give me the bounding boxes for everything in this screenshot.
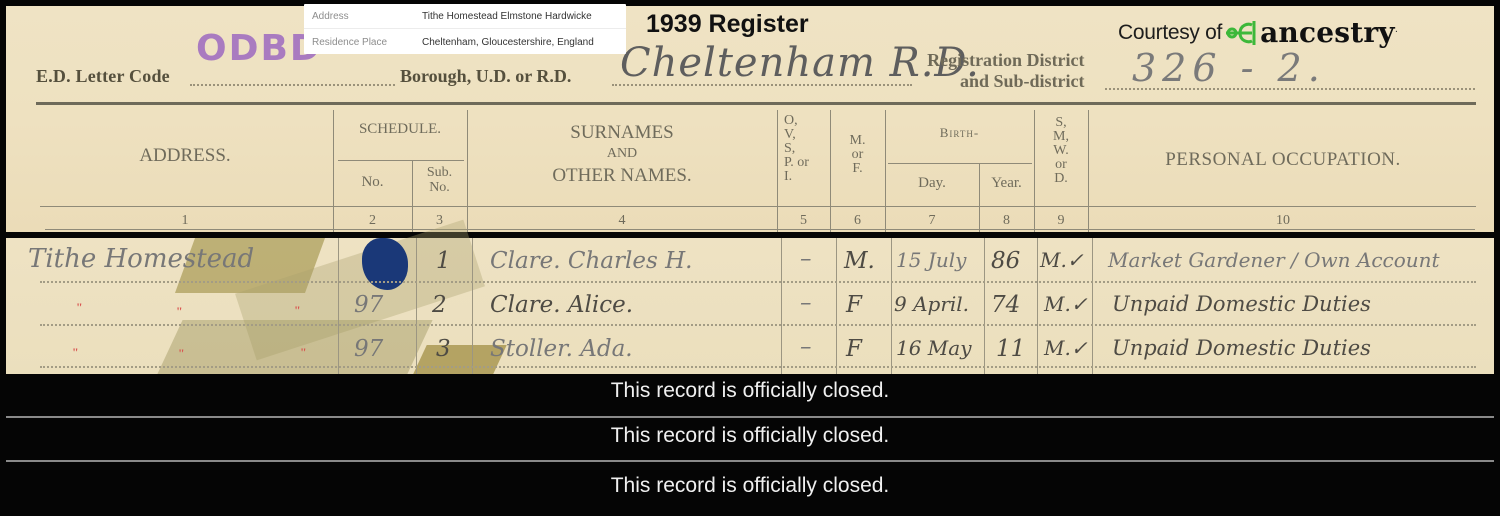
row-dotted-line <box>40 324 1476 326</box>
closed-record-notice: This record is officially closed. <box>0 424 1500 448</box>
info-value: Cheltenham, Gloucestershire, England <box>422 37 594 48</box>
col-header-birth: Birth- <box>885 126 1034 140</box>
info-row-residence: Residence Place Cheltenham, Gloucestersh… <box>304 30 626 54</box>
sub-no-line2: No. <box>412 181 467 196</box>
sex-line3: F. <box>830 162 885 176</box>
row-divider <box>888 163 1032 164</box>
info-row-address: Address Tithe Homestead Elmstone Hardwic… <box>304 5 626 29</box>
marital-line4: or <box>1034 158 1088 172</box>
col-number: 10 <box>1088 213 1478 229</box>
record-birth-year: 11 <box>996 336 1025 362</box>
surnames-line1: SURNAMES <box>467 120 777 145</box>
col-header-marital: S, M, W. or D. <box>1034 116 1088 186</box>
ed-letter-code-stamp: ODBD <box>196 28 322 69</box>
col-divider <box>416 238 417 374</box>
record-info-panel: Address Tithe Homestead Elmstone Hardwic… <box>304 4 626 54</box>
ovspi-line4: P. or <box>784 156 830 170</box>
record-occupation: Unpaid Domestic Duties <box>1112 336 1371 360</box>
col-divider <box>984 238 985 374</box>
row-dotted-line <box>40 366 1476 368</box>
ditto-mark: " <box>300 345 307 360</box>
record-birth-day: 9 April. <box>894 292 969 316</box>
info-key: Residence Place <box>304 37 422 48</box>
record-sub-no: 3 <box>436 336 451 362</box>
record-schedule-no: 97 <box>354 292 383 318</box>
sex-line1: M. <box>830 134 885 148</box>
record-name: Clare. Charles H. <box>490 248 692 274</box>
ed-letter-code-dotted-line <box>190 84 395 86</box>
registration-label-line2: and Sub-district <box>918 71 1085 92</box>
record-sex: M. <box>844 248 875 274</box>
col-number: 8 <box>979 213 1034 229</box>
record-birth-year: 86 <box>991 248 1020 274</box>
marital-line3: W. <box>1034 144 1088 158</box>
record-schedule-no: 97 <box>354 336 383 362</box>
col-divider <box>891 238 892 374</box>
col-header-address: ADDRESS. <box>40 146 330 166</box>
col-header-sex: M. or F. <box>830 134 885 176</box>
col-header-sub-no: Sub. No. <box>412 166 467 195</box>
record-birth-day: 16 May <box>896 336 972 360</box>
record-ovspi: – <box>800 290 812 316</box>
record-sub-no: 2 <box>432 292 447 318</box>
surnames-line3: OTHER NAMES. <box>467 163 777 188</box>
ditto-mark: " <box>76 300 83 315</box>
ancestry-credit: Courtesy of ancestry· <box>1118 16 1398 49</box>
record-ovspi: – <box>800 246 812 272</box>
record-sub-no: 1 <box>436 248 451 274</box>
record-sex: F <box>846 292 862 318</box>
marital-line1: S, <box>1034 116 1088 130</box>
col-number: 4 <box>467 213 777 229</box>
ancestry-logo-text: ancestry <box>1260 16 1395 49</box>
ed-letter-code-label: E.D. Letter Code <box>36 66 170 87</box>
sex-line2: or <box>830 148 885 162</box>
record-name: Stoller. Ada. <box>490 336 633 362</box>
col-number: 7 <box>885 213 979 229</box>
col-divider <box>1092 238 1093 374</box>
ditto-mark: " <box>72 345 79 360</box>
col-divider <box>781 238 782 374</box>
col-header-schedule-no: No. <box>333 175 412 191</box>
page-title: 1939 Register <box>646 10 809 39</box>
row-divider <box>45 229 1475 230</box>
borough-label: Borough, U.D. or R.D. <box>400 66 571 87</box>
ovspi-line3: S, <box>784 142 830 156</box>
trademark-mark: · <box>1395 27 1398 38</box>
record-sex: F <box>846 336 862 362</box>
surnames-line2: AND <box>467 145 777 163</box>
marital-line5: D. <box>1034 172 1088 186</box>
record-name: Clare. Alice. <box>490 292 633 318</box>
col-number: 6 <box>830 213 885 229</box>
record-occupation: Market Gardener / Own Account <box>1108 248 1440 272</box>
col-number: 5 <box>777 213 830 229</box>
closed-record-notice: This record is officially closed. <box>0 379 1500 403</box>
row-divider <box>338 160 464 161</box>
ditto-mark: " <box>176 304 183 319</box>
col-header-ovspi: O, V, S, P. or I. <box>784 114 830 184</box>
col-header-occupation: PERSONAL OCCUPATION. <box>1088 150 1478 170</box>
ancestry-leaf-icon <box>1224 19 1258 47</box>
col-header-schedule: SCHEDULE. <box>333 122 467 138</box>
sub-no-line1: Sub. <box>412 166 467 181</box>
col-header-birth-year: Year. <box>979 176 1034 192</box>
info-value: Tithe Homestead Elmstone Hardwicke <box>422 11 592 22</box>
marital-line2: M, <box>1034 130 1088 144</box>
ditto-mark: " <box>178 346 185 361</box>
col-divider <box>472 238 473 374</box>
info-key: Address <box>304 11 422 22</box>
closed-record-notice: This record is officially closed. <box>0 474 1500 498</box>
col-header-surnames: SURNAMES AND OTHER NAMES. <box>467 120 777 188</box>
record-occupation: Unpaid Domestic Duties <box>1112 292 1371 316</box>
closed-record-separator <box>6 416 1494 418</box>
ovspi-line2: V, <box>784 128 830 142</box>
record-birth-year: 74 <box>991 292 1020 318</box>
registration-label-line1: Registration District <box>918 50 1085 71</box>
row-dotted-line <box>40 281 1476 283</box>
header-rule <box>36 102 1476 105</box>
ovspi-line1: O, <box>784 114 830 128</box>
row-divider <box>40 206 1476 207</box>
courtesy-text: Courtesy of <box>1118 21 1222 45</box>
record-marital: M.✓ <box>1044 336 1088 360</box>
col-divider <box>338 238 339 374</box>
col-number: 9 <box>1034 213 1088 229</box>
record-birth-day: 15 July <box>896 248 966 272</box>
col-number: 1 <box>40 213 330 229</box>
registration-district-label: Registration District and Sub-district <box>918 50 1085 92</box>
col-header-birth-day: Day. <box>885 176 979 192</box>
record-marital: M.✓ <box>1044 292 1088 316</box>
record-ovspi: – <box>800 334 812 360</box>
registration-district-value: 326 - 2. <box>1132 46 1326 90</box>
col-divider <box>836 238 837 374</box>
closed-record-separator <box>6 460 1494 462</box>
col-divider <box>1037 238 1038 374</box>
record-address: Tithe Homestead <box>28 244 254 274</box>
ovspi-line5: I. <box>784 170 830 184</box>
ditto-mark: " <box>294 303 301 318</box>
col-number: 2 <box>333 213 412 229</box>
record-marital: M.✓ <box>1040 248 1084 272</box>
